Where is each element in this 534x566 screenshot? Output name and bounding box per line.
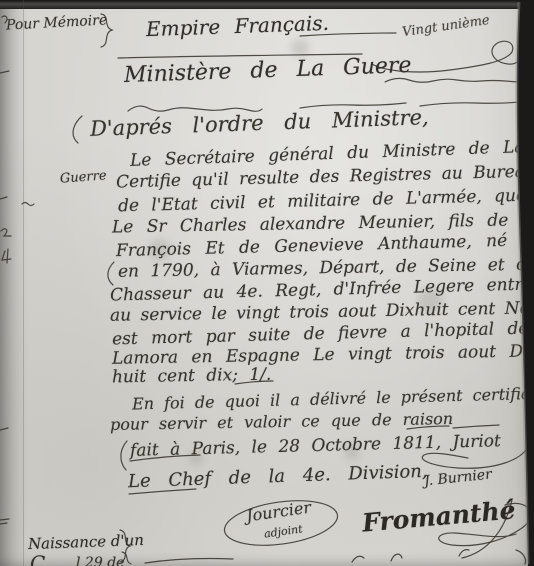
body-line: huit cent dix; 1/. bbox=[112, 367, 272, 387]
bottom-note-naissance: Naissance d'un bbox=[28, 533, 144, 552]
signature-right: Fromanthé bbox=[361, 497, 516, 535]
title-empire-francais: Empire Français. bbox=[146, 13, 329, 39]
document-page: Pour Mémoire Empire Français. Vingt uniè… bbox=[0, 0, 534, 566]
closing-line: pour servir et valoir ce que de raison bbox=[110, 411, 453, 433]
bottom-cut-strokes bbox=[145, 550, 526, 564]
margin-word-guerre: Guerre bbox=[60, 169, 107, 185]
opening-line: D'aprés l'ordre du Ministre, bbox=[90, 107, 429, 140]
bleed-marks bbox=[0, 16, 34, 524]
left-fold-crease bbox=[23, 0, 24, 566]
bottom-partial-line: C bbox=[30, 553, 45, 566]
subtitle-ministere: Ministère de La Guere bbox=[124, 55, 412, 87]
date-line: fait à Paris, le 28 Octobre 1811, Juriot bbox=[130, 433, 501, 460]
bottom-partial-line: l 29 de bbox=[76, 556, 124, 566]
signature-left: Jourcier bbox=[245, 500, 312, 525]
margin-note-pour-memoire: Pour Mémoire bbox=[6, 13, 108, 32]
body-line: Lamora en Espagne Le vingt trois aout Di… bbox=[112, 343, 534, 368]
closing-line: En foi de quoi il a délivré le présent c… bbox=[132, 386, 534, 413]
signature-left-role: adjoint bbox=[263, 523, 303, 539]
top-page-edge bbox=[0, 0, 534, 9]
chief-title-line: Le Chef de la 4e. Division, bbox=[128, 463, 428, 491]
corner-note-vingt-unieme: Vingt unième bbox=[402, 14, 491, 39]
chief-name: J. Burnier bbox=[423, 467, 492, 488]
